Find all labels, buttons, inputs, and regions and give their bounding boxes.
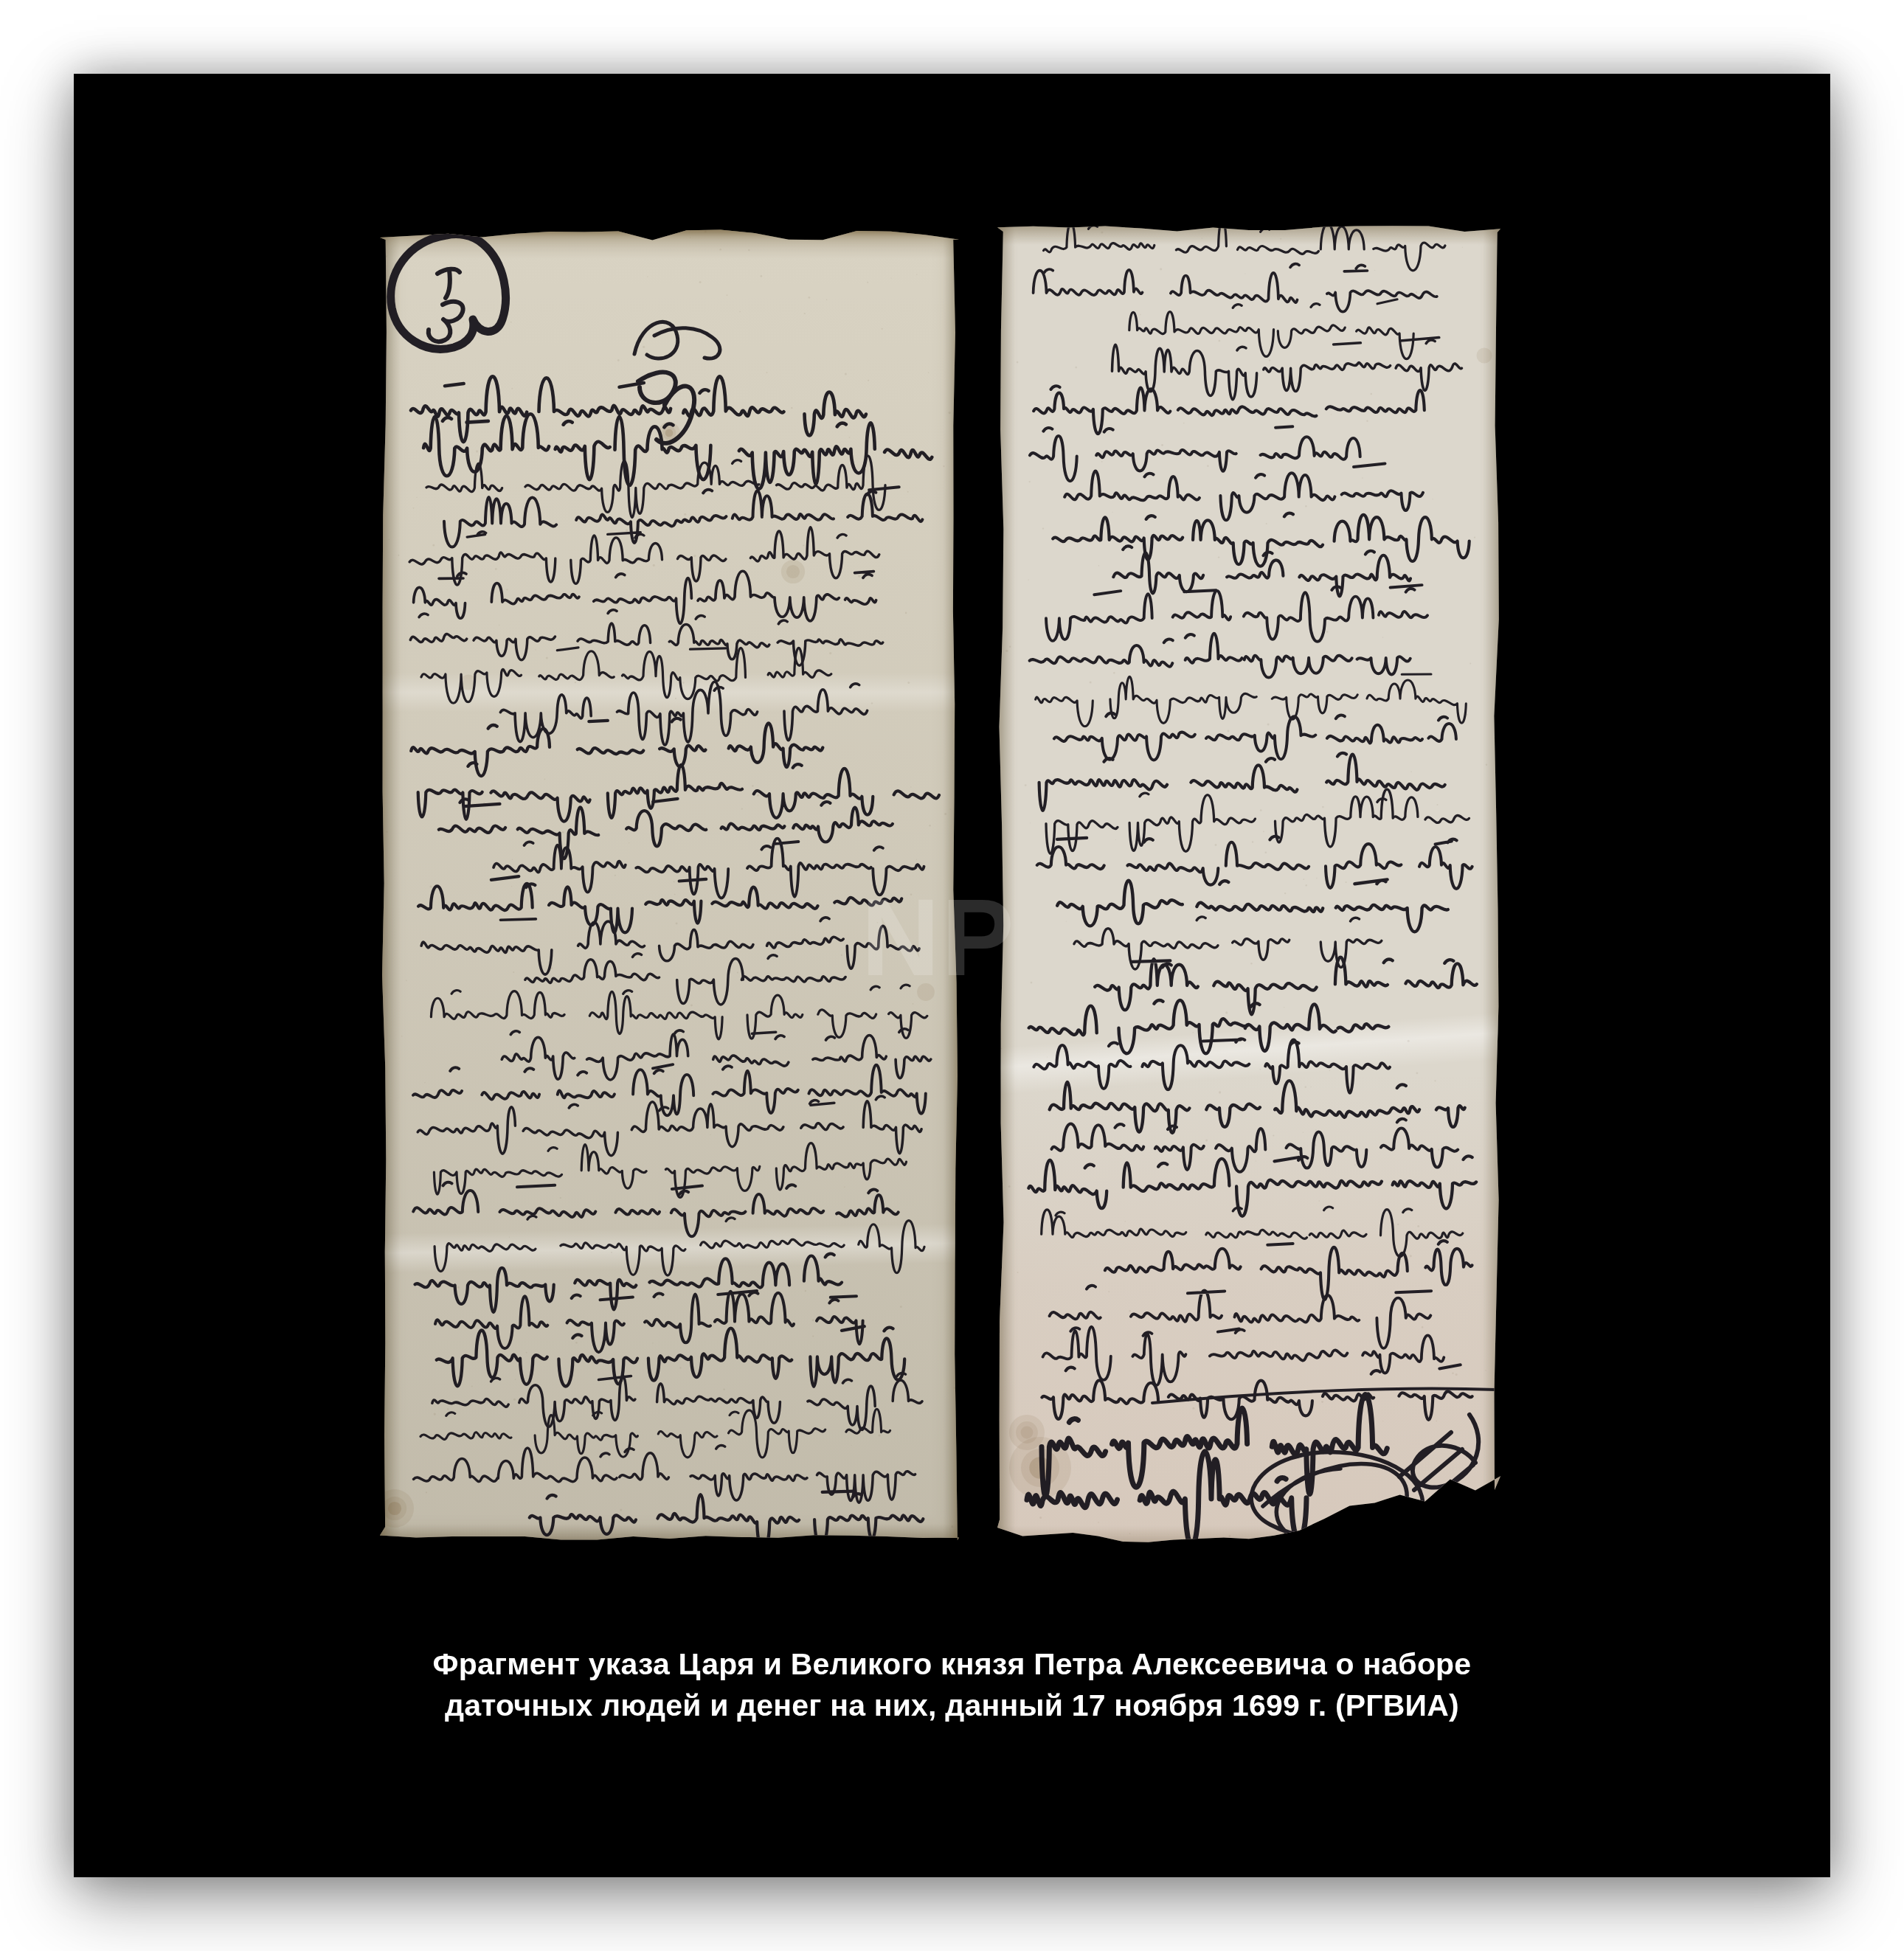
- watermark-text: NP: [850, 879, 1027, 1012]
- caption-line-2: даточных людей и денег на них, данный 17…: [74, 1685, 1830, 1726]
- photo-mat: NP Фрагмент указа Царя и Великого князя …: [74, 74, 1830, 1877]
- handwriting-ink-right: [997, 223, 1500, 1550]
- caption: Фрагмент указа Царя и Великого князя Пет…: [74, 1643, 1830, 1726]
- caption-line-1: Фрагмент указа Царя и Великого князя Пет…: [74, 1643, 1830, 1685]
- archival-photo-stage: NP Фрагмент указа Царя и Великого князя …: [0, 0, 1904, 1951]
- manuscript-page-right: [997, 223, 1500, 1550]
